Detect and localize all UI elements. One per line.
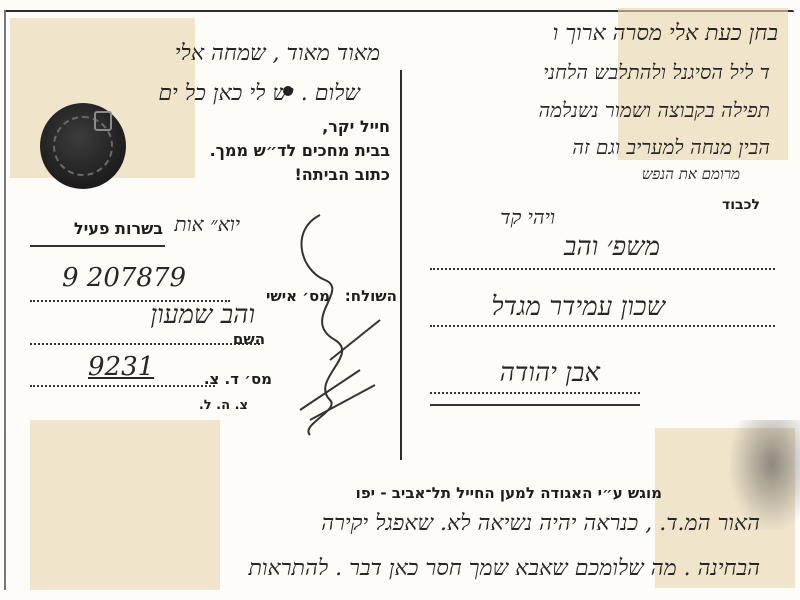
printed-credit: מוגש ע״י האגודה למען החייל תל־אביב - יפו — [356, 484, 662, 502]
tape-bottom-left — [30, 420, 220, 590]
handwritten-top-line-2: שלום . יש לי כאן כל ים — [158, 80, 360, 106]
handwritten-right-line-5: מרומם את הנפש — [642, 165, 740, 184]
city-line-dots — [430, 392, 640, 394]
card-border-left — [4, 10, 6, 590]
city-underline — [430, 404, 640, 406]
handwritten-right-line-4: הבין מנחה למעריב וגם זה — [572, 135, 770, 160]
greeting-line-2: בבית מחכים לד״ש ממך. — [210, 141, 390, 160]
postcard: מאוד מאוד , שמחה אלי שלום . יש לי כאן כל… — [0, 0, 800, 600]
name-line — [30, 343, 260, 345]
signature-scribble — [280, 210, 390, 440]
to-label: לכבוד — [722, 197, 760, 213]
center-divider — [400, 70, 402, 460]
handwritten-right-line-2: ד ליל הסיגנל ולהתלבש הלחני — [543, 60, 770, 85]
name-label: השם — [233, 330, 265, 348]
postal-unit-value: 9231 — [88, 352, 154, 382]
emblem-sword-olive — [94, 111, 112, 131]
greeting-line-3: כתוב הביתה! — [295, 165, 391, 184]
handwritten-bottom-line-1: האור המ.ד. , כנראה יהיה נשיאה לא. שאפגל … — [321, 510, 760, 536]
recipient-prefix: ויהי קד — [500, 205, 555, 230]
recipient-name: משפ׳ והב — [564, 232, 660, 262]
idf-emblem-icon — [40, 103, 126, 189]
handwritten-right-line-1: בחן כעת אלי מסרה ארוך ו — [553, 20, 778, 46]
greeting-line-1: חייל יקר, — [322, 117, 390, 136]
handwritten-right-line-3: תפילה בקבוצה ושמור נשנלמה — [538, 98, 770, 123]
army-label: צ. ה. ל. — [199, 398, 248, 413]
service-handwritten-note: יוא״ אות — [174, 212, 240, 237]
name-value: והב שמעון — [151, 300, 256, 330]
ink-dot — [283, 86, 293, 96]
address-line: שכון עמידר מגדל — [491, 292, 665, 322]
handwritten-top-line-1: מאוד מאוד , שמחה אלי — [175, 40, 380, 66]
city-line: אבן יהודה — [500, 358, 600, 388]
address-line-dots — [430, 325, 775, 327]
personal-number-value: 9 207879 — [62, 263, 186, 293]
handwritten-bottom-line-2: הבחינה . מה שלומכם שאבא שמך חסר כאן דבר … — [248, 555, 760, 581]
service-label: בשרות פעיל — [74, 219, 163, 238]
postal-unit-line — [30, 385, 215, 387]
service-underline — [30, 245, 165, 247]
recipient-line — [430, 268, 775, 270]
